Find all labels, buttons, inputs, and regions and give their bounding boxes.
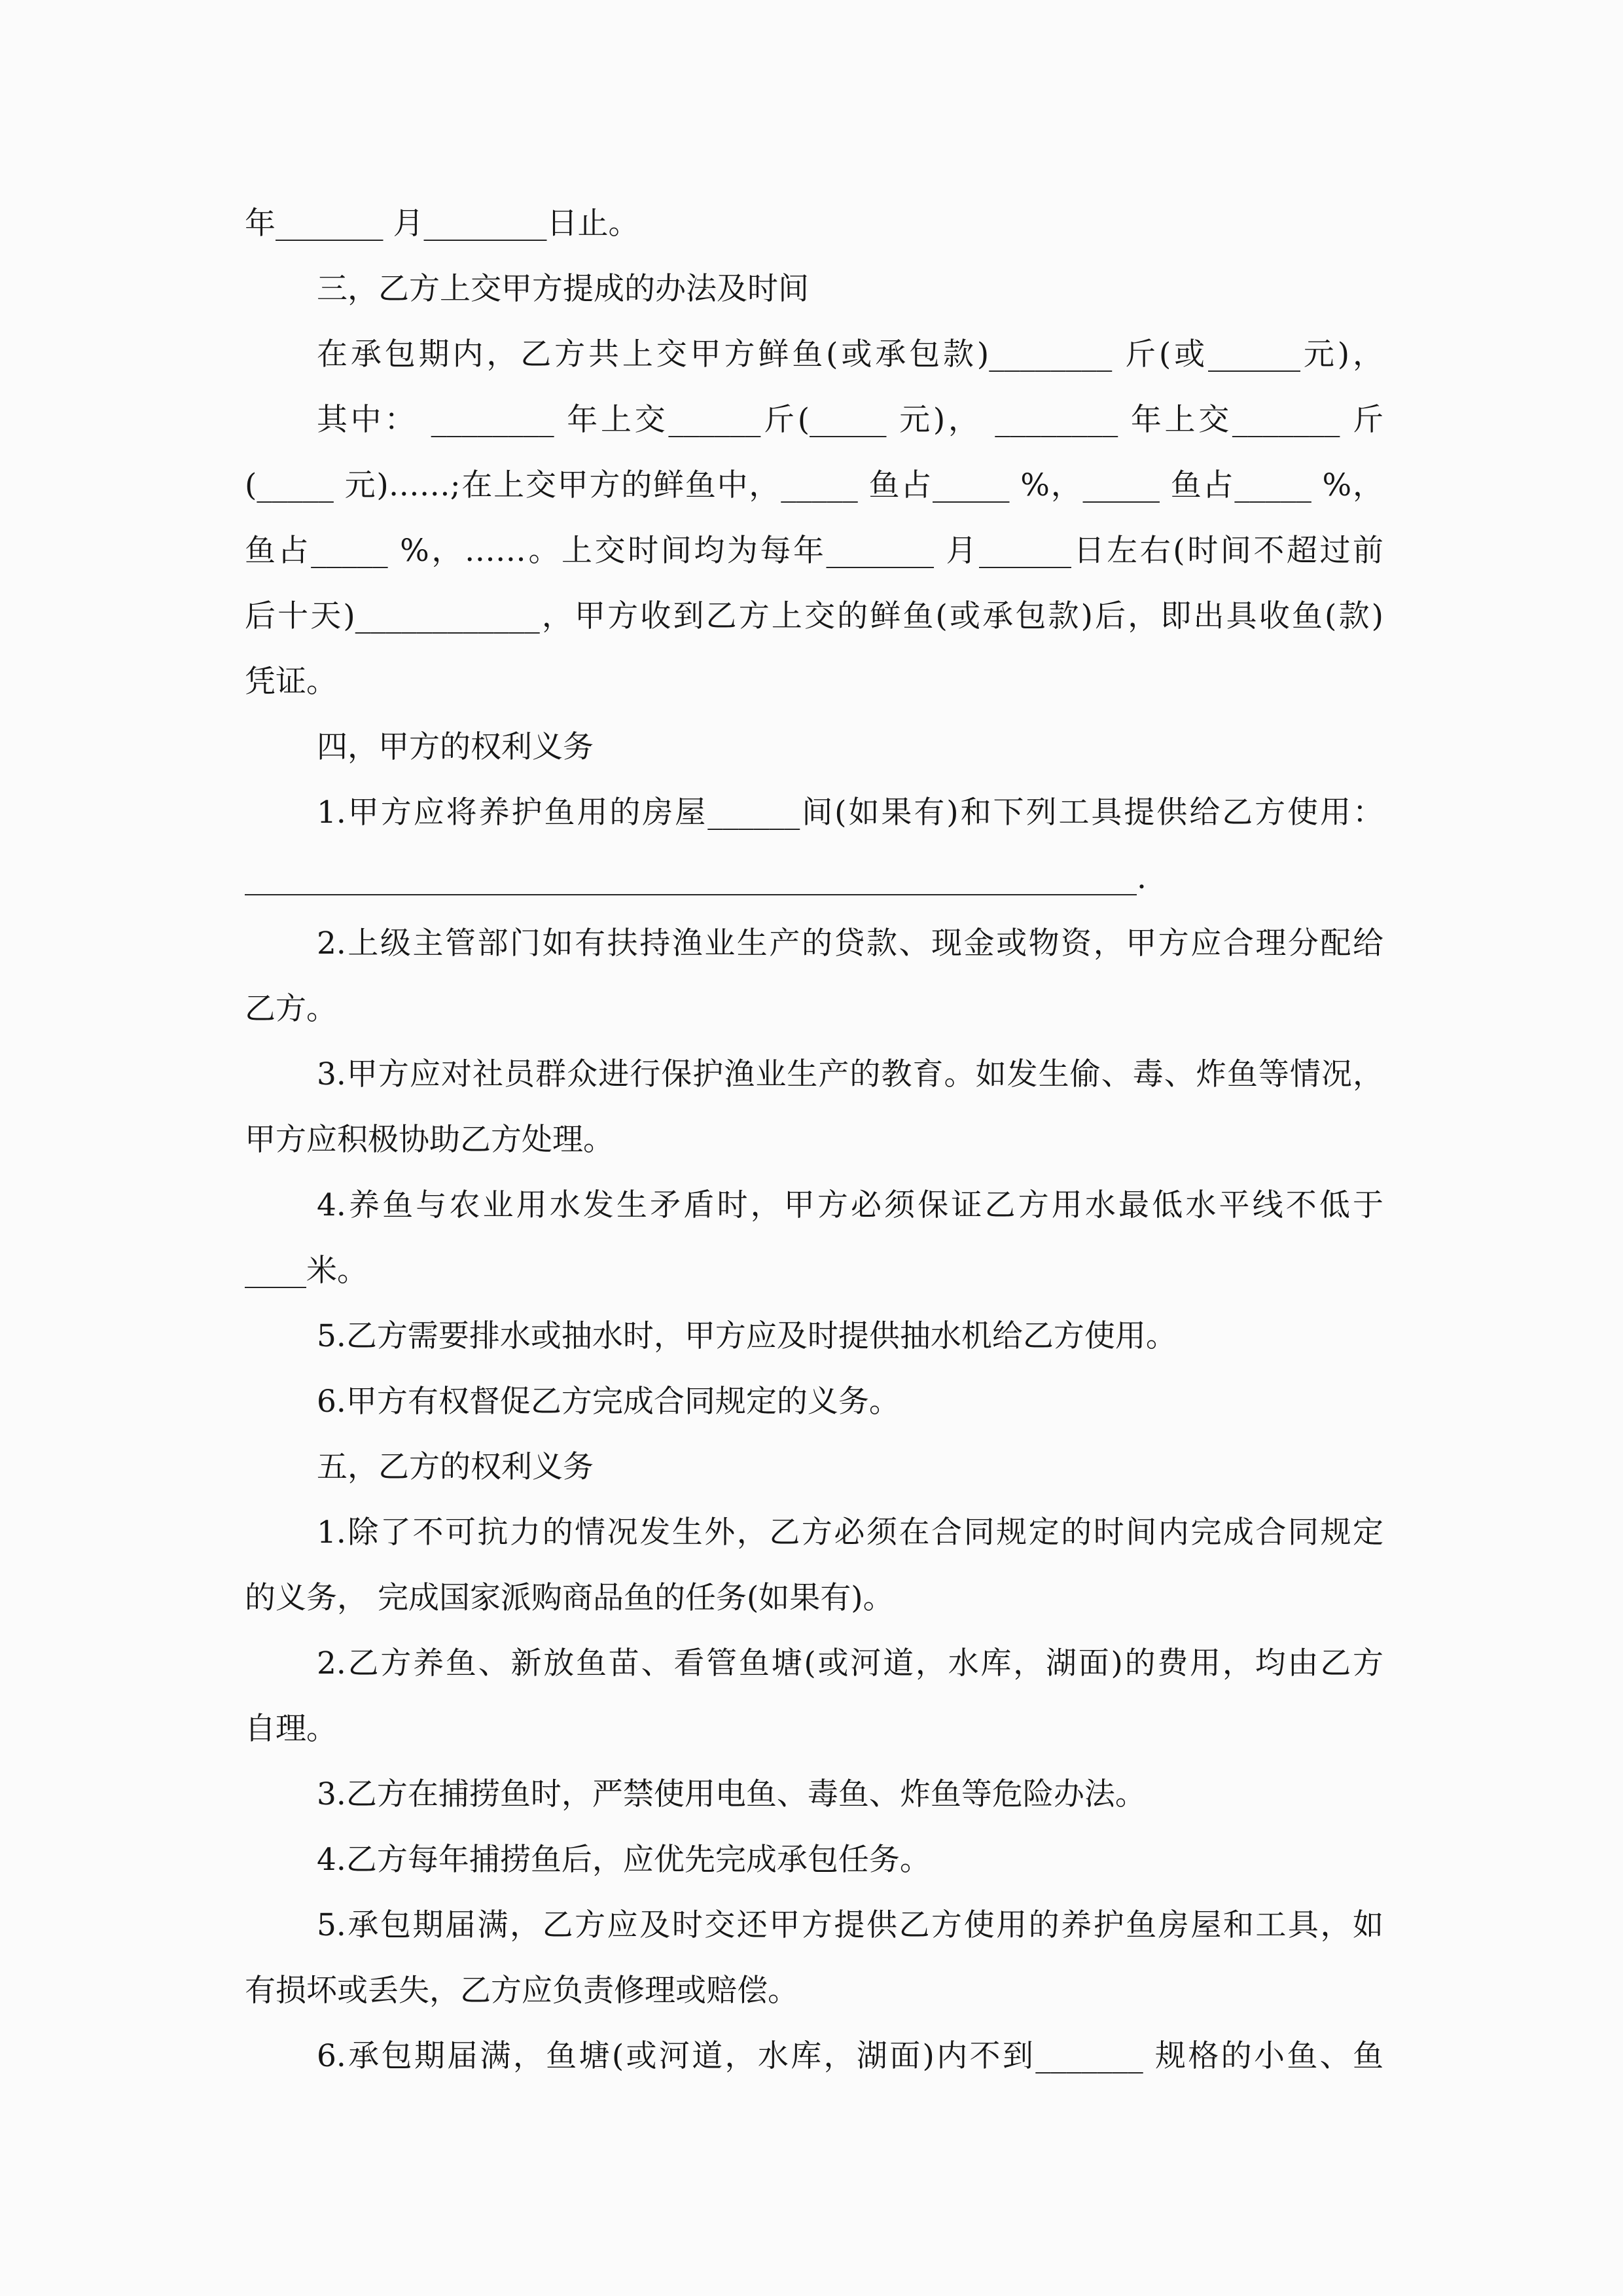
clause-line: 1.除了不可抗力的情况发生外，乙方必须在合同规定的时间内完成合同规定 (245, 1500, 1383, 1566)
document-page: { "page": { "background_color": "#fbfbfb… (0, 0, 1623, 2296)
paragraph-line: (_____ 元)……;在上交甲方的鲜鱼中，_____ 鱼占_____ %，__… (245, 453, 1383, 518)
contract-body: 年_______ 月________日止。 三，乙方上交甲方提成的办法及时间 在… (245, 0, 1383, 2089)
clause-line: 6.甲方有权督促乙方完成合同规定的义务。 (245, 1369, 1383, 1435)
paragraph-line: 的义务， 完成国家派购商品鱼的任务(如果有)。 (245, 1566, 1383, 1631)
paragraph-line: 有损坏或丢失，乙方应负责修理或赔偿。 (245, 1958, 1383, 2024)
paragraph-line: 乙方。 (245, 977, 1383, 1042)
clause-line: 3.甲方应对社员群众进行保护渔业生产的教育。如发生偷、毒、炸鱼等情况， (245, 1042, 1383, 1107)
clause-line: 5.乙方需要排水或抽水时，甲方应及时提供抽水机给乙方使用。 (245, 1304, 1383, 1369)
clause-line: 其中： ________ 年上交______斤(_____ 元)， ______… (245, 387, 1383, 453)
clause-line: 3.乙方在捕捞鱼时，严禁使用电鱼、毒鱼、炸鱼等危险办法。 (245, 1762, 1383, 1827)
fill-in-blank-line: ________________________________________… (245, 846, 1383, 911)
clause-line: 在承包期内，乙方共上交甲方鲜鱼(或承包款)________ 斤(或______元… (245, 322, 1383, 387)
clause-line: 5.承包期届满，乙方应及时交还甲方提供乙方使用的养护鱼房屋和工具，如 (245, 1893, 1383, 1958)
section-heading: 五，乙方的权利义务 (245, 1435, 1383, 1500)
clause-line: 1.甲方应将养护鱼用的房屋______间(如果有)和下列工具提供给乙方使用： (245, 780, 1383, 846)
paragraph-line: 甲方应积极协助乙方处理。 (245, 1107, 1383, 1173)
clause-line: 4.乙方每年捕捞鱼后，应优先完成承包任务。 (245, 1827, 1383, 1893)
clause-line: 2.上级主管部门如有扶持渔业生产的贷款、现金或物资，甲方应合理分配给 (245, 911, 1383, 977)
fill-in-blank-line: ____米。 (245, 1238, 1383, 1304)
clause-line: 4.养鱼与农业用水发生矛盾时，甲方必须保证乙方用水最低水平线不低于 (245, 1173, 1383, 1238)
paragraph-line: 年_______ 月________日止。 (245, 191, 1383, 257)
clause-line: 6.承包期届满，鱼塘(或河道，水库，湖面)内不到_______ 规格的小鱼、鱼 (245, 2024, 1383, 2089)
paragraph-line: 鱼占_____ %，……。上交时间均为每年_______ 月______日左右(… (245, 518, 1383, 584)
paragraph-line: 后十天)____________，甲方收到乙方上交的鲜鱼(或承包款)后，即出具收… (245, 584, 1383, 649)
clause-line: 2.乙方养鱼、新放鱼苗、看管鱼塘(或河道，水库，湖面)的费用，均由乙方 (245, 1631, 1383, 1696)
paragraph-line: 自理。 (245, 1696, 1383, 1762)
section-heading: 四，甲方的权利义务 (245, 715, 1383, 780)
section-heading: 三，乙方上交甲方提成的办法及时间 (245, 257, 1383, 322)
paragraph-line: 凭证。 (245, 649, 1383, 715)
